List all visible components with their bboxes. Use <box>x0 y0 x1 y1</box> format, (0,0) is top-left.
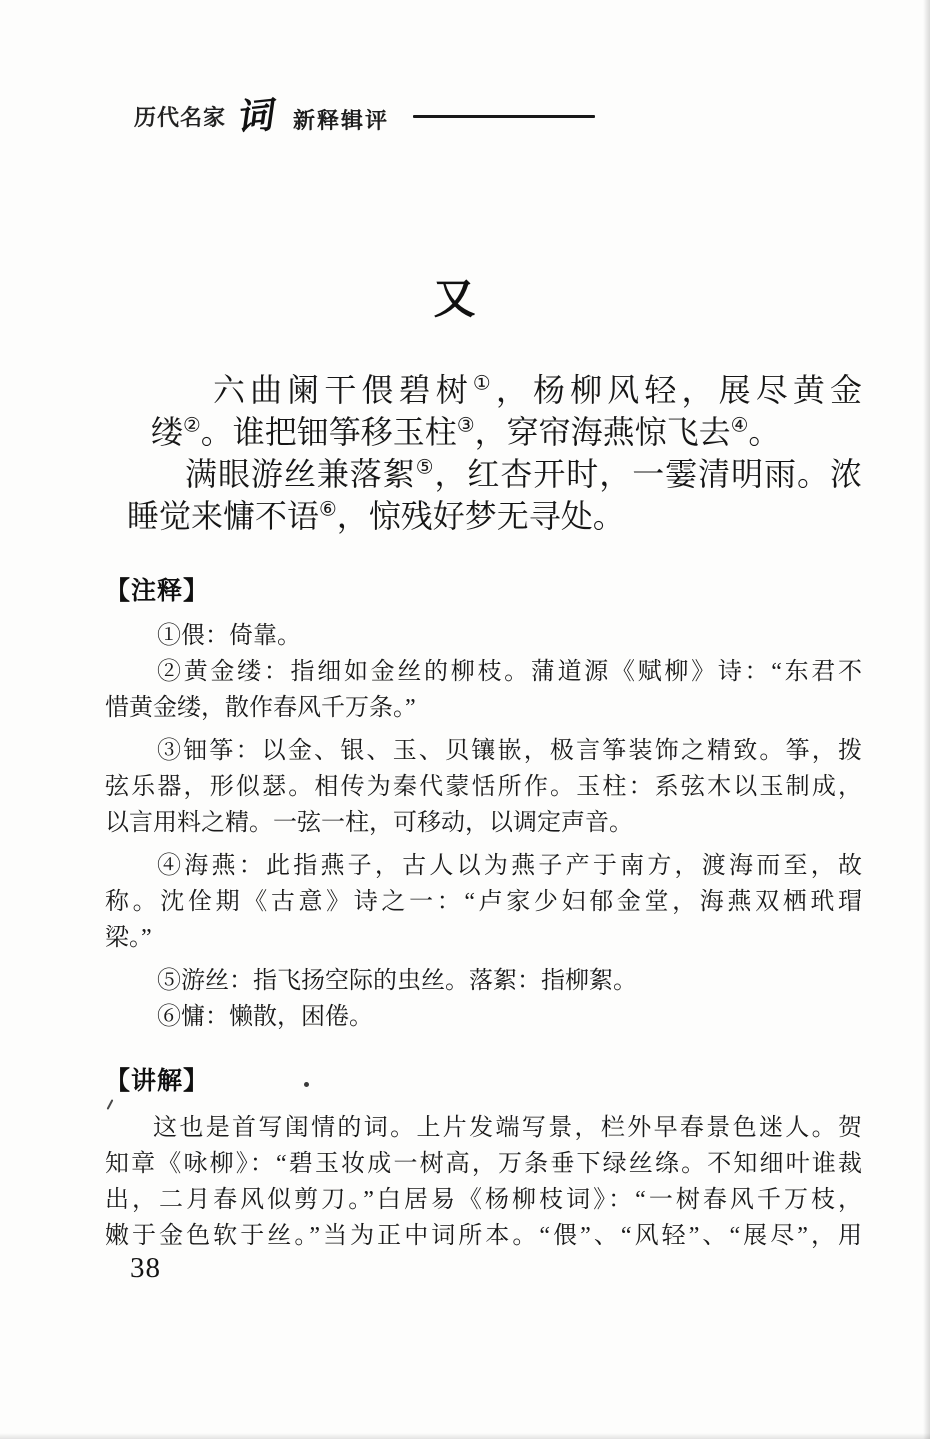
poem-title: 又 <box>0 266 920 326</box>
poem-line: 睡觉来慵不语⑥，惊残好梦无寻处。 <box>105 495 862 537</box>
annotation-item: ③钿筝：以金、银、玉、贝镶嵌，极言筝装饰之精致。筝，拨 弦乐器，形似瑟。相传为秦… <box>105 733 862 841</box>
annotation-item: ⑤游丝：指飞扬空际的虫丝。落絮：指柳絮。 <box>105 963 862 999</box>
annotation-line: 弦乐器，形似瑟。相传为秦代蒙恬所作。玉柱：系弦木以玉制成， <box>105 769 862 805</box>
running-head-calligraphy-mark: 词 <box>232 84 274 142</box>
scan-edge-bottom <box>0 1433 930 1439</box>
annotation-line: ⑤游丝：指飞扬空际的虫丝。落絮：指柳絮。 <box>105 963 862 999</box>
scan-artifact-dot <box>304 1082 309 1087</box>
explanation-line: 这也是首写闺情的词。上片发端写景，栏外早春景色迷人。贺 <box>105 1110 862 1146</box>
running-head-series-title: 历代名家 <box>134 101 226 132</box>
running-head-rule <box>413 115 595 118</box>
explanation-line: 出，二月春风似剪刀。”白居易《杨柳枝词》：“一树春风千万枝， <box>105 1182 862 1218</box>
annotation-line: 以言用料之精。一弦一柱，可移动，以调定声音。 <box>105 805 862 841</box>
poem-line: 六曲阑干偎碧树①，杨柳风轻，展尽黄金 <box>105 369 862 411</box>
annotation-line: ③钿筝：以金、银、玉、贝镶嵌，极言筝装饰之精致。筝，拨 <box>105 733 862 769</box>
page-number: 38 <box>130 1252 161 1285</box>
annotations-section: 【注释】 ①偎：倚靠。 ②黄金缕：指细如金丝的柳枝。蒲道源《赋柳》诗：“东君不 … <box>105 576 862 1035</box>
annotation-item: ④海燕：此指燕子，古人以为燕子产于南方，渡海而至，故 称。沈佺期《古意》诗之一：… <box>105 848 862 956</box>
explanation-heading: 【讲解】 <box>105 1066 862 1096</box>
annotation-line: 称。沈佺期《古意》诗之一：“卢家少妇郁金堂，海燕双栖玳瑁 <box>105 884 862 920</box>
poem-line: 满眼游丝兼落絮⑤，红杏开时，一霎清明雨。浓 <box>105 453 862 495</box>
annotations-heading: 【注释】 <box>105 576 862 606</box>
annotation-line: ①偎：倚靠。 <box>105 618 862 654</box>
annotation-line: ⑥慵：懒散，困倦。 <box>105 999 862 1035</box>
annotation-item: ①偎：倚靠。 <box>105 618 862 654</box>
scan-edge-right <box>923 0 930 1439</box>
explanation-line: 嫩于金色软于丝。”当为正中词所本。“偎”、“风轻”、“展尽”，用 <box>105 1218 862 1254</box>
annotation-line: 惜黄金缕，散作春风千万条。” <box>105 690 862 726</box>
explanation-line: 知章《咏柳》：“碧玉妆成一树高，万条垂下绿丝绦。不知细叶谁裁 <box>105 1146 862 1182</box>
poem-line: 缕②。谁把钿筝移玉柱③，穿帘海燕惊飞去④。 <box>105 411 862 453</box>
annotation-line: ②黄金缕：指细如金丝的柳枝。蒲道源《赋柳》诗：“东君不 <box>105 654 862 690</box>
explanation-section: 【讲解】 这也是首写闺情的词。上片发端写景，栏外早春景色迷人。贺 知章《咏柳》：… <box>105 1066 862 1254</box>
annotation-line: ④海燕：此指燕子，古人以为燕子产于南方，渡海而至，故 <box>105 848 862 884</box>
annotation-item: ②黄金缕：指细如金丝的柳枝。蒲道源《赋柳》诗：“东君不 惜黄金缕，散作春风千万条… <box>105 654 862 726</box>
book-page: 历代名家 词 新释辑评 又 六曲阑干偎碧树①，杨柳风轻，展尽黄金 缕②。谁把钿筝… <box>0 0 930 1439</box>
poem-body: 六曲阑干偎碧树①，杨柳风轻，展尽黄金 缕②。谁把钿筝移玉柱③，穿帘海燕惊飞去④。… <box>105 369 862 537</box>
annotation-line: 梁。” <box>105 920 862 956</box>
running-head-subtitle: 新释辑评 <box>293 104 389 135</box>
annotation-item: ⑥慵：懒散，困倦。 <box>105 999 862 1035</box>
